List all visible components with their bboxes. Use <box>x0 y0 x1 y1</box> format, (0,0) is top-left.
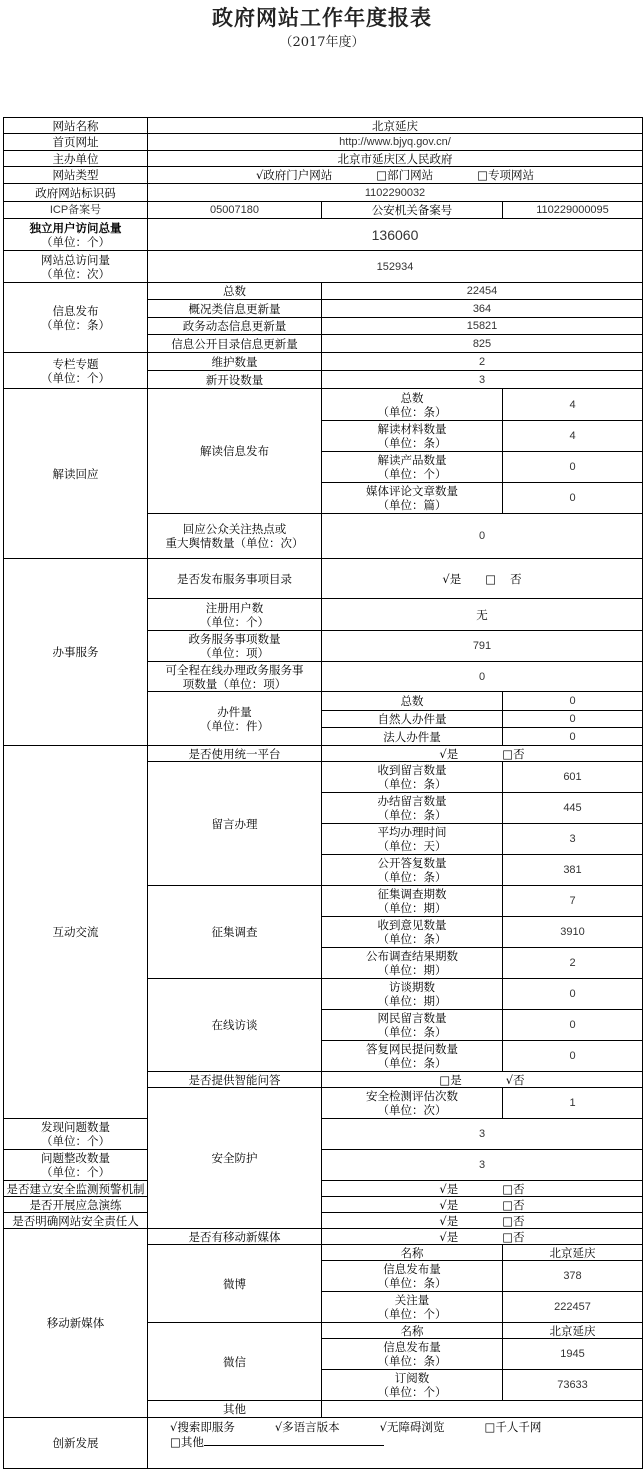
security-check-options: √是□否 <box>322 1181 643 1197</box>
response-value: 0 <box>322 514 643 559</box>
security-check-options: √是□否 <box>322 1197 643 1213</box>
platform-yes-checkbox[interactable]: √是 <box>439 747 458 761</box>
security-row-label: 发现问题数量（单位：个） <box>4 1119 148 1150</box>
other-input-line[interactable] <box>204 1434 384 1446</box>
weibo-row-value: 222457 <box>503 1292 643 1323</box>
media-no-checkbox[interactable]: □否 <box>502 1230 524 1244</box>
interpret-section-label: 解读回应 <box>4 389 148 559</box>
media-other-label: 其他 <box>148 1401 322 1418</box>
case-value: 0 <box>503 728 643 746</box>
row-id-code: 政府网站标识码 1102290032 <box>4 184 643 202</box>
interview-row-value: 0 <box>503 1041 643 1072</box>
info-label: 政务动态信息更新量 <box>148 318 322 335</box>
case-label: 自然人办件量 <box>322 711 503 728</box>
media-section-label: 移动新媒体 <box>4 1229 148 1418</box>
survey-row-label: 征集调查期数（单位：期） <box>322 886 503 917</box>
interpret-label: 解读产品数量（单位：个） <box>322 452 503 483</box>
row-homepage: 首页网址 http://www.bjyq.gov.cn/ <box>4 134 643 151</box>
security-row-label: 安全检测评估次数（单位：次） <box>322 1088 503 1119</box>
message-row-value: 3 <box>503 824 643 855</box>
yes-checkbox[interactable]: √是 <box>439 1214 458 1228</box>
interpret-sub-label: 解读信息发布 <box>148 389 322 514</box>
service-section-label: 办事服务 <box>4 559 148 746</box>
info-value: 15821 <box>322 318 643 335</box>
site-type-department-checkbox[interactable]: □部门网站 <box>376 168 433 182</box>
qa-no-checkbox[interactable]: √否 <box>506 1073 525 1087</box>
users-label: 注册用户数（单位：个） <box>148 599 322 631</box>
info-label: 信息公开目录信息更新量 <box>148 335 322 353</box>
interview-row-value: 0 <box>503 979 643 1010</box>
yes-checkbox[interactable]: √是 <box>439 1198 458 1212</box>
message-row-label: 公开答复数量（单位：条） <box>322 855 503 886</box>
interview-row-label: 网民留言数量（单位：条） <box>322 1010 503 1041</box>
interview-label: 在线访谈 <box>148 979 322 1072</box>
media-has-options: √是□否 <box>322 1229 643 1245</box>
users-value: 无 <box>322 599 643 631</box>
column-value: 3 <box>322 371 643 389</box>
message-row-label: 平均办理时间（单位：天） <box>322 824 503 855</box>
interpret-value: 0 <box>503 483 643 514</box>
case-value: 0 <box>503 692 643 711</box>
homepage-label: 首页网址 <box>4 134 148 151</box>
row-innovation: 创新发展 √搜索即服务√多语言版本√无障碍浏览□千人千网 □其他 <box>4 1418 643 1469</box>
security-row-value: 3 <box>322 1119 643 1150</box>
message-row-value: 381 <box>503 855 643 886</box>
cases-label: 办件量（单位：件） <box>148 692 322 746</box>
security-row-value: 1 <box>503 1088 643 1119</box>
security-row-value: 3 <box>322 1150 643 1181</box>
interview-row-value: 0 <box>503 1010 643 1041</box>
column-section-label: 专栏专题（单位：个） <box>4 353 148 389</box>
wechat-row-label: 订阅数（单位：个） <box>322 1370 503 1401</box>
items-label: 政务服务事项数量（单位：项） <box>148 631 322 662</box>
yes-checkbox[interactable]: √是 <box>439 1182 458 1196</box>
catalog-options: √是□否 <box>322 559 643 599</box>
sponsor-value: 北京市延庆区人民政府 <box>148 151 643 167</box>
online-label: 可全程在线办理政务服务事项数量（单位：项） <box>148 662 322 692</box>
case-label: 法人办件量 <box>322 728 503 746</box>
site-type-portal-checkbox[interactable]: √政府门户网站 <box>256 168 332 182</box>
interview-row-label: 访谈期数（单位：期） <box>322 979 503 1010</box>
catalog-no-checkbox[interactable]: □ <box>485 572 496 586</box>
row-security-drill: 是否开展应急演练 √是□否 <box>4 1197 643 1213</box>
security-check-label: 是否明确网站安全责任人 <box>4 1213 148 1229</box>
interact-section-label: 互动交流 <box>4 746 148 1119</box>
qa-label: 是否提供智能问答 <box>148 1072 322 1088</box>
info-value: 22454 <box>322 283 643 300</box>
weibo-name-value: 北京延庆 <box>503 1245 643 1261</box>
message-row-label: 办结留言数量（单位：条） <box>322 793 503 824</box>
pv-label: 网站总访问量（单位：次） <box>4 251 148 283</box>
survey-label: 征集调查 <box>148 886 322 979</box>
innovation-options: √搜索即服务√多语言版本√无障碍浏览□千人千网 □其他 <box>148 1418 643 1469</box>
other-checkbox[interactable]: □其他 <box>170 1435 204 1449</box>
case-value: 0 <box>503 711 643 728</box>
wechat-name-label: 名称 <box>322 1323 503 1339</box>
qa-options: □是√否 <box>322 1072 643 1088</box>
media-other-value <box>322 1401 643 1418</box>
police-value: 110229000095 <box>503 202 643 219</box>
media-yes-checkbox[interactable]: √是 <box>439 1230 458 1244</box>
row-page-views: 网站总访问量（单位：次） 152934 <box>4 251 643 283</box>
message-label: 留言办理 <box>148 762 322 886</box>
row-icp: ICP备案号 05007180 公安机关备案号 110229000095 <box>4 202 643 219</box>
row-security-fixed: 问题整改数量（单位：个） 3 <box>4 1150 643 1181</box>
row-service-catalog: 办事服务 是否发布服务事项目录 √是□否 <box>4 559 643 599</box>
catalog-yes-checkbox[interactable]: √是 <box>442 572 461 586</box>
innovation-section-label: 创新发展 <box>4 1418 148 1469</box>
response-label: 回应公众关注热点或重大舆情数量（单位：次） <box>148 514 322 559</box>
interpret-value: 0 <box>503 452 643 483</box>
security-row-label: 问题整改数量（单位：个） <box>4 1150 148 1181</box>
site-name-label: 网站名称 <box>4 118 148 134</box>
platform-label: 是否使用统一平台 <box>148 746 322 762</box>
row-sponsor: 主办单位 北京市延庆区人民政府 <box>4 151 643 167</box>
row-site-name: 网站名称 北京延庆 <box>4 118 643 134</box>
interpret-value: 4 <box>503 421 643 452</box>
security-check-label: 是否建立安全监测预警机制 <box>4 1181 148 1197</box>
survey-row-value: 2 <box>503 948 643 979</box>
qa-yes-checkbox[interactable]: □是 <box>439 1073 461 1087</box>
weibo-label: 微博 <box>148 1245 322 1323</box>
media-has-label: 是否有移动新媒体 <box>148 1229 322 1245</box>
survey-row-value: 7 <box>503 886 643 917</box>
wechat-row-value: 1945 <box>503 1339 643 1370</box>
no-checkbox[interactable]: □否 <box>502 1214 524 1228</box>
weibo-row-label: 关注量（单位：个） <box>322 1292 503 1323</box>
interpret-label: 媒体评论文章数量（单位：篇） <box>322 483 503 514</box>
report-table: 网站名称 北京延庆 首页网址 http://www.bjyq.gov.cn/ 主… <box>3 117 643 1469</box>
row-platform: 互动交流 是否使用统一平台 √是□否 <box>4 746 643 762</box>
site-name-value: 北京延庆 <box>148 118 643 134</box>
icp-label: ICP备案号 <box>4 202 148 219</box>
column-label: 新开设数量 <box>148 371 322 389</box>
row-security-warning: 是否建立安全监测预警机制 √是□否 <box>4 1181 643 1197</box>
info-value: 825 <box>322 335 643 353</box>
row-security-owner: 是否明确网站安全责任人 √是□否 <box>4 1213 643 1229</box>
row-interpret-total: 解读回应 解读信息发布 总数（单位：条） 4 <box>4 389 643 421</box>
survey-row-label: 公布调查结果期数（单位：期） <box>322 948 503 979</box>
wechat-row-value: 73633 <box>503 1370 643 1401</box>
info-label: 概况类信息更新量 <box>148 300 322 318</box>
row-security-found: 发现问题数量（单位：个） 3 <box>4 1119 643 1150</box>
platform-options: √是□否 <box>322 746 643 762</box>
column-label: 维护数量 <box>148 353 322 371</box>
case-label: 总数 <box>322 692 503 711</box>
row-site-type: 网站类型 √政府门户网站□部门网站□专项网站 <box>4 167 643 184</box>
info-label: 总数 <box>148 283 322 300</box>
site-type-special-checkbox[interactable]: □专项网站 <box>477 168 534 182</box>
interview-row-label: 答复网民提问数量（单位：条） <box>322 1041 503 1072</box>
survey-row-label: 收到意见数量（单位：条） <box>322 917 503 948</box>
online-value: 0 <box>322 662 643 692</box>
personalized-checkbox[interactable]: □千人千网 <box>484 1420 541 1434</box>
survey-row-value: 3910 <box>503 917 643 948</box>
security-check-options: √是□否 <box>322 1213 643 1229</box>
weibo-name-label: 名称 <box>322 1245 503 1261</box>
uv-label: 独立用户访问总量（单位：个） <box>4 219 148 251</box>
weibo-row-label: 信息发布量（单位：条） <box>322 1261 503 1292</box>
site-type-options: √政府门户网站□部门网站□专项网站 <box>148 167 643 184</box>
wechat-row-label: 信息发布量（单位：条） <box>322 1339 503 1370</box>
sponsor-label: 主办单位 <box>4 151 148 167</box>
row-media-has: 移动新媒体 是否有移动新媒体 √是□否 <box>4 1229 643 1245</box>
search-service-checkbox[interactable]: √搜索即服务 <box>170 1420 235 1434</box>
row-unique-visitors: 独立用户访问总量（单位：个） 136060 <box>4 219 643 251</box>
row-info-total: 信息发布（单位：条） 总数 22454 <box>4 283 643 300</box>
row-column-maintain: 专栏专题（单位：个） 维护数量 2 <box>4 353 643 371</box>
police-label: 公安机关备案号 <box>322 202 503 219</box>
multilanguage-checkbox[interactable]: √多语言版本 <box>275 1420 340 1434</box>
column-value: 2 <box>322 353 643 371</box>
message-row-value: 601 <box>503 762 643 793</box>
uv-value: 136060 <box>148 219 643 251</box>
wechat-label: 微信 <box>148 1323 322 1401</box>
no-checkbox[interactable]: □否 <box>502 1198 524 1212</box>
pv-value: 152934 <box>148 251 643 283</box>
report-title: 政府网站工作年度报表 <box>0 2 644 32</box>
interpret-label: 总数（单位：条） <box>322 389 503 421</box>
interpret-label: 解读材料数量（单位：条） <box>322 421 503 452</box>
accessibility-checkbox[interactable]: √无障碍浏览 <box>380 1420 445 1434</box>
security-section-label: 安全防护 <box>148 1088 322 1229</box>
catalog-no-label: 否 <box>510 572 522 586</box>
homepage-link[interactable]: http://www.bjyq.gov.cn/ <box>148 134 643 151</box>
icp-value: 05007180 <box>148 202 322 219</box>
message-row-label: 收到留言数量（单位：条） <box>322 762 503 793</box>
platform-no-checkbox[interactable]: □否 <box>502 747 524 761</box>
site-type-label: 网站类型 <box>4 167 148 184</box>
weibo-row-value: 378 <box>503 1261 643 1292</box>
no-checkbox[interactable]: □否 <box>502 1182 524 1196</box>
wechat-name-value: 北京延庆 <box>503 1323 643 1339</box>
items-value: 791 <box>322 631 643 662</box>
id-code-label: 政府网站标识码 <box>4 184 148 202</box>
security-check-label: 是否开展应急演练 <box>4 1197 148 1213</box>
id-code-value: 1102290032 <box>148 184 643 202</box>
interpret-value: 4 <box>503 389 643 421</box>
info-section-label: 信息发布（单位：条） <box>4 283 148 353</box>
message-row-value: 445 <box>503 793 643 824</box>
catalog-label: 是否发布服务事项目录 <box>148 559 322 599</box>
info-value: 364 <box>322 300 643 318</box>
report-subtitle: （2017年度） <box>0 31 644 50</box>
